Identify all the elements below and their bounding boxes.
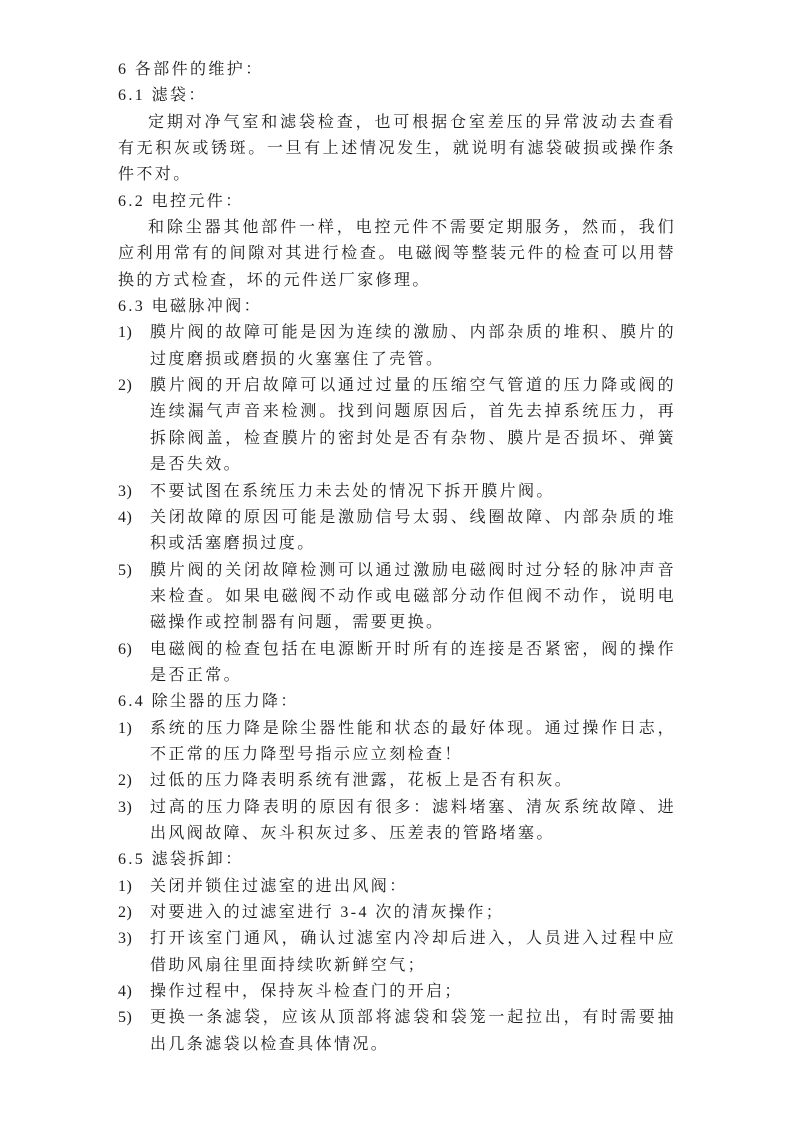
document-page: 6 各部件的维护： 6.1 滤袋：定期对净气室和滤袋检查，也可根据仓室差压的异常… bbox=[0, 0, 793, 1122]
list-item-text: 关闭并锁住过滤室的进出风阀： bbox=[150, 878, 408, 895]
section-heading: 6.4 除尘器的压力降： bbox=[118, 689, 676, 715]
list-item-text: 更换一条滤袋，应该从顶部将滤袋和袋笼一起拉出，有时需要抽出几条滤袋以检查具体情况… bbox=[150, 1009, 676, 1052]
list-item-number: 1) bbox=[118, 320, 132, 346]
list-item: 3)过高的压力降表明的原因有很多：滤料堵塞、清灰系统故障、进出风阀故障、灰斗积灰… bbox=[118, 795, 676, 848]
list-item-text: 膜片阀的故障可能是因为连续的激励、内部杂质的堆积、膜片的过度磨损或磨损的火塞塞住… bbox=[150, 324, 676, 367]
list-item-number: 4) bbox=[118, 979, 132, 1005]
list-item-number: 1) bbox=[118, 874, 132, 900]
list-item-text: 系统的压力降是除尘器性能和状态的最好体现。通过操作日志，不正常的压力降型号指示应… bbox=[150, 720, 676, 763]
list-item-number: 3) bbox=[118, 479, 132, 505]
list-item-number: 3) bbox=[118, 795, 132, 821]
list-item: 1)系统的压力降是除尘器性能和状态的最好体现。通过操作日志，不正常的压力降型号指… bbox=[118, 716, 676, 769]
list-item: 1)膜片阀的故障可能是因为连续的激励、内部杂质的堆积、膜片的过度磨损或磨损的火塞… bbox=[118, 320, 676, 373]
list-item-text: 电磁阀的检查包括在电源断开时所有的连接是否紧密，阀的操作是否正常。 bbox=[150, 641, 676, 684]
section-heading: 6.5 滤袋拆卸： bbox=[118, 847, 676, 873]
paragraph: 定期对净气室和滤袋检查，也可根据仓室差压的异常波动去查看有无积灰或锈斑。一旦有上… bbox=[118, 110, 676, 189]
list-item-text: 打开该室门通风，确认过滤室内冷却后进入，人员进入过程中应借助风扇往里面持续吹新鲜… bbox=[150, 930, 676, 973]
section-heading: 6.1 滤袋： bbox=[118, 83, 676, 109]
list-item: 3)打开该室门通风，确认过滤室内冷却后进入，人员进入过程中应借助风扇往里面持续吹… bbox=[118, 926, 676, 979]
list-item: 2)对要进入的过滤室进行 3-4 次的清灰操作； bbox=[118, 900, 676, 926]
list-item: 6)电磁阀的检查包括在电源断开时所有的连接是否紧密，阀的操作是否正常。 bbox=[118, 637, 676, 690]
paragraph: 和除尘器其他部件一样，电控元件不需要定期服务，然而，我们应利用常有的间隙对其进行… bbox=[118, 215, 676, 294]
list-item-number: 2) bbox=[118, 768, 132, 794]
list-item-number: 2) bbox=[118, 373, 132, 399]
list-item-text: 操作过程中，保持灰斗检查门的开启； bbox=[150, 983, 463, 1000]
list-item-text: 过高的压力降表明的原因有很多：滤料堵塞、清灰系统故障、进出风阀故障、灰斗积灰过多… bbox=[150, 799, 676, 842]
list-item-number: 1) bbox=[118, 716, 132, 742]
list-item: 2)过低的压力降表明系统有泄露，花板上是否有积灰。 bbox=[118, 768, 676, 794]
list-item: 5)更换一条滤袋，应该从顶部将滤袋和袋笼一起拉出，有时需要抽出几条滤袋以检查具体… bbox=[118, 1005, 676, 1058]
list-item-text: 过低的压力降表明系统有泄露，花板上是否有积灰。 bbox=[150, 772, 573, 789]
list-item-text: 关闭故障的原因可能是激励信号太弱、线圈故障、内部杂质的堆积或活塞磨损过度。 bbox=[150, 509, 676, 552]
list-item-number: 5) bbox=[118, 1005, 132, 1031]
list-item-number: 2) bbox=[118, 900, 132, 926]
page-title: 6 各部件的维护： bbox=[118, 57, 676, 83]
list-item: 3)不要试图在系统压力未去处的情况下拆开膜片阀。 bbox=[118, 479, 676, 505]
list-item: 5)膜片阀的关闭故障检测可以通过激励电磁阀时过分轻的脉冲声音来检查。如果电磁阀不… bbox=[118, 558, 676, 637]
list-item-text: 不要试图在系统压力未去处的情况下拆开膜片阀。 bbox=[150, 483, 555, 500]
list-item-number: 3) bbox=[118, 926, 132, 952]
list-item: 2)膜片阀的开启故障可以通过过量的压缩空气管道的压力降或阀的连续漏气声音来检测。… bbox=[118, 373, 676, 478]
section-heading: 6.2 电控元件： bbox=[118, 189, 676, 215]
list-item: 1)关闭并锁住过滤室的进出风阀： bbox=[118, 874, 676, 900]
list-item-number: 5) bbox=[118, 558, 132, 584]
list-item-text: 对要进入的过滤室进行 3-4 次的清灰操作； bbox=[150, 904, 504, 921]
list-item-number: 6) bbox=[118, 637, 132, 663]
list-item: 4)关闭故障的原因可能是激励信号太弱、线圈故障、内部杂质的堆积或活塞磨损过度。 bbox=[118, 505, 676, 558]
list-item-number: 4) bbox=[118, 505, 132, 531]
list-item-text: 膜片阀的关闭故障检测可以通过激励电磁阀时过分轻的脉冲声音来检查。如果电磁阀不动作… bbox=[150, 562, 676, 632]
list-item: 4)操作过程中，保持灰斗检查门的开启； bbox=[118, 979, 676, 1005]
list-item-text: 膜片阀的开启故障可以通过过量的压缩空气管道的压力降或阀的连续漏气声音来检测。找到… bbox=[150, 377, 676, 473]
document-body: 6 各部件的维护： 6.1 滤袋：定期对净气室和滤袋检查，也可根据仓室差压的异常… bbox=[118, 57, 676, 1058]
section-heading: 6.3 电磁脉冲阀： bbox=[118, 294, 676, 320]
